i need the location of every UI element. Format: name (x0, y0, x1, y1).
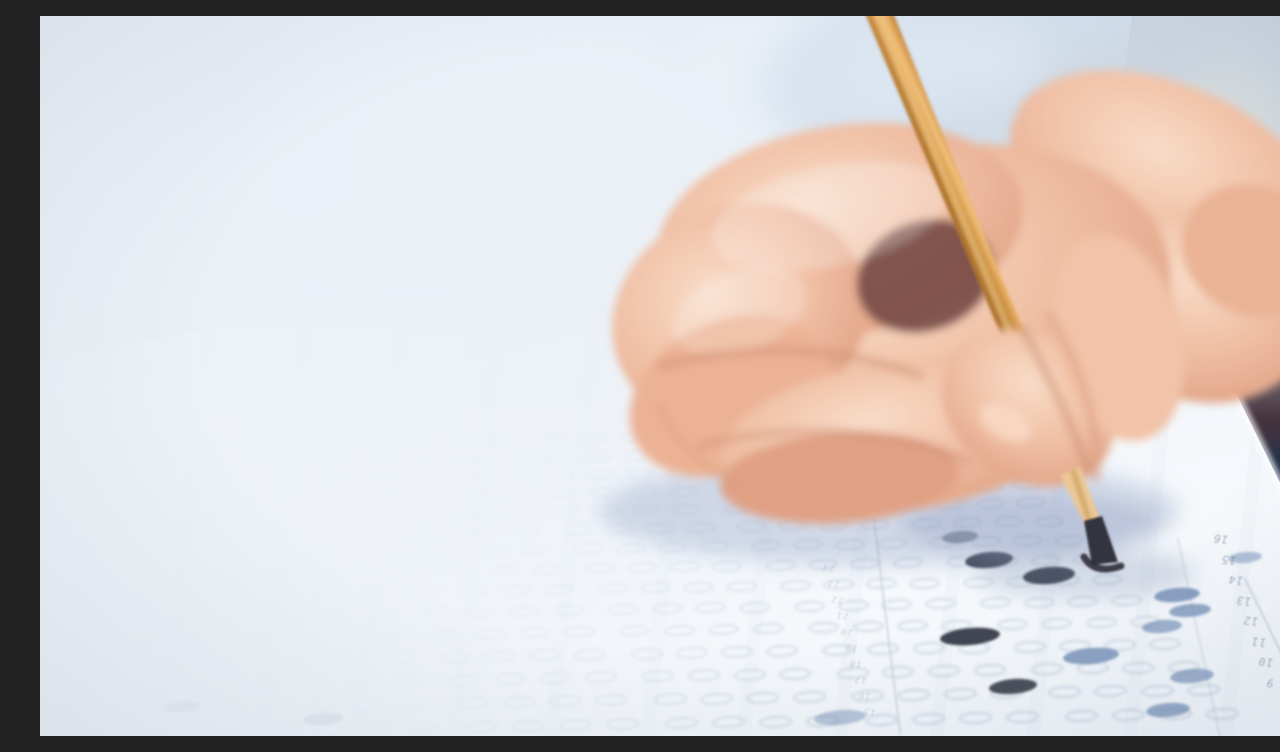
photo-scene: 16151413121110924232221201918171615 (40, 16, 1280, 736)
hand-and-pencil (40, 16, 1280, 736)
hand (580, 24, 1280, 541)
